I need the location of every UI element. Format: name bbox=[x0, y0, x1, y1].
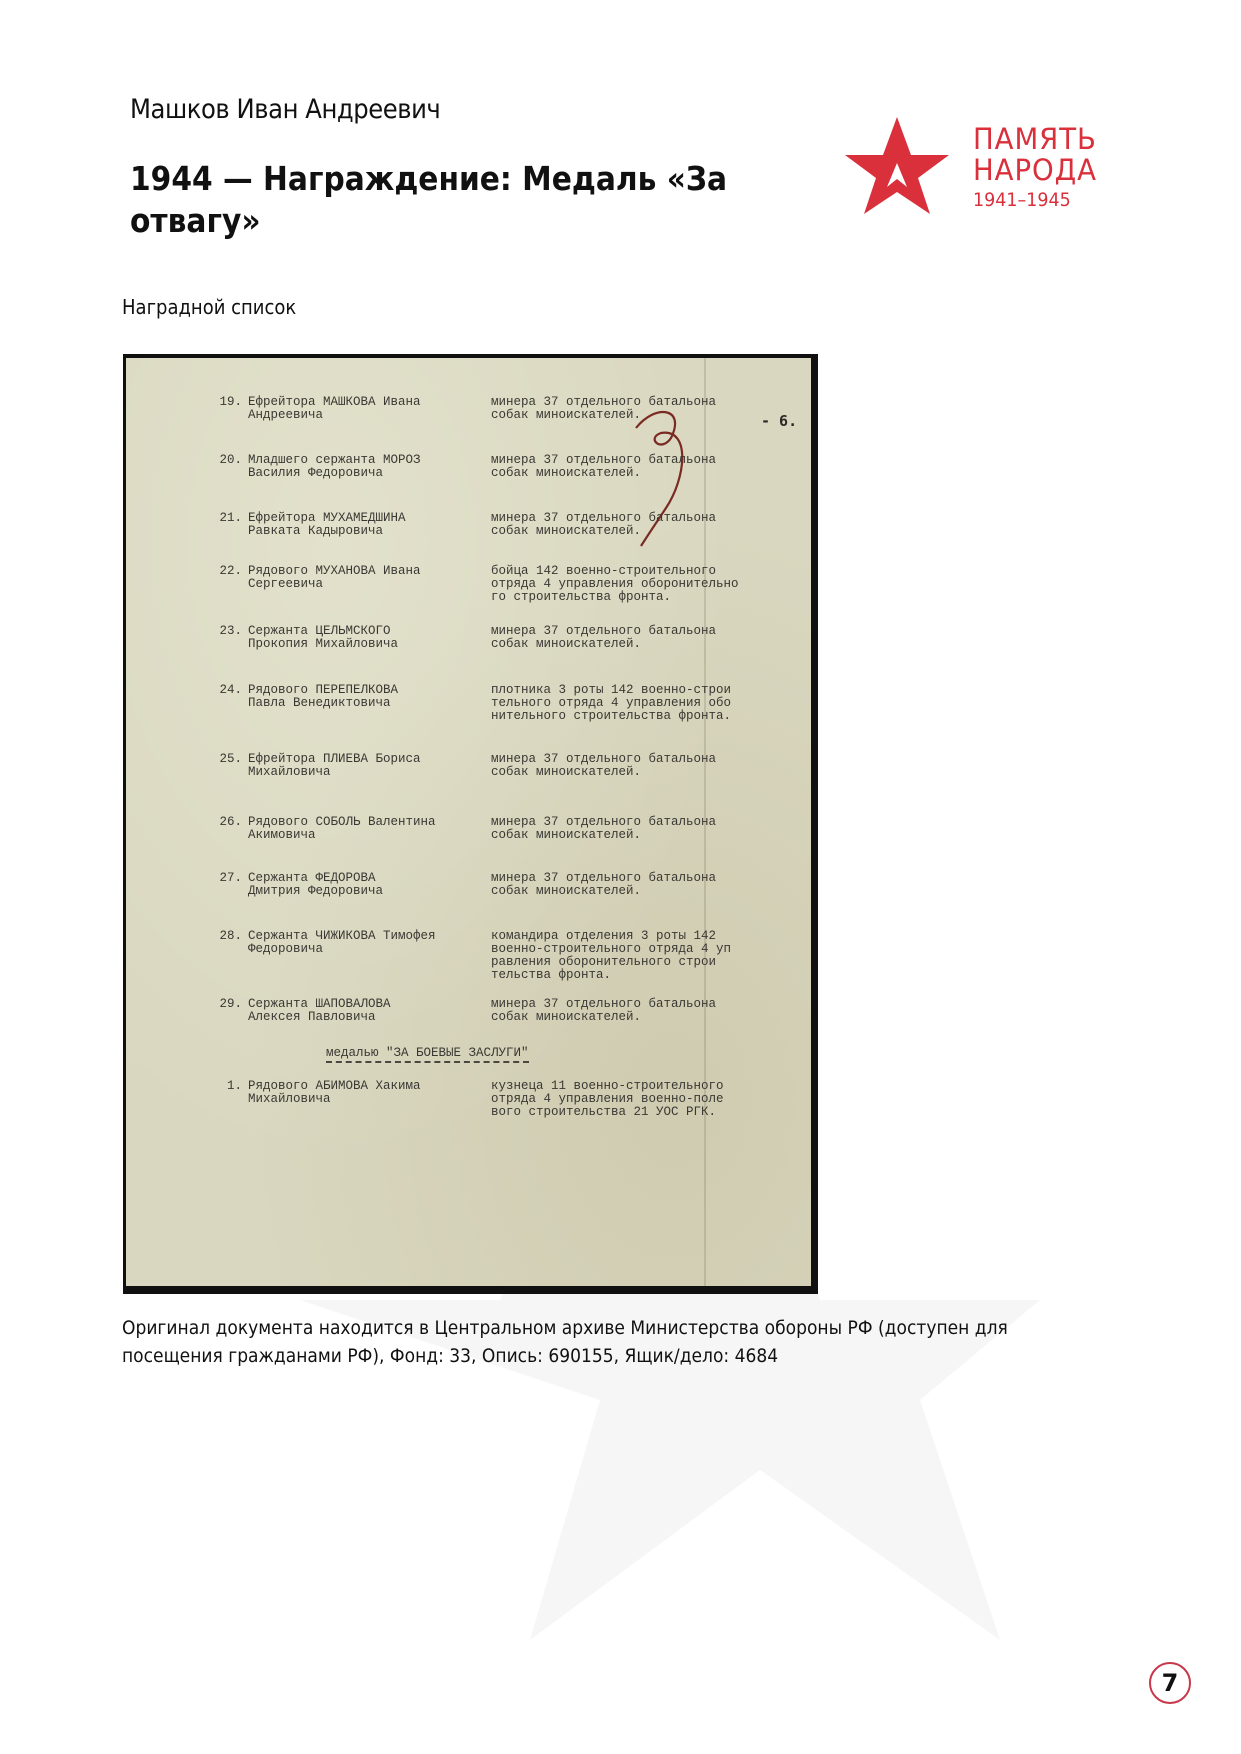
entry-person: Младшего сержанта МОРОЗ Василия Федорови… bbox=[248, 454, 488, 480]
entry-number: 29. bbox=[218, 998, 242, 1011]
entry-role: минера 37 отдельного батальона собак мин… bbox=[491, 816, 761, 842]
entry-number: 20. bbox=[218, 454, 242, 467]
entry-person: Рядового ПЕРЕПЕЛКОВА Павла Венедиктовича bbox=[248, 684, 488, 710]
entry-role: минера 37 отдельного батальона собак мин… bbox=[491, 625, 761, 651]
section-label: Наградной список bbox=[122, 295, 296, 319]
scan-paper: - 6. медалью "ЗА БОЕВЫЕ ЗАСЛУГИ" 19.Ефре… bbox=[126, 358, 811, 1286]
pamyat-naroda-logo[interactable]: ПАМЯТЬ НАРОДА 1941–1945 bbox=[845, 112, 1175, 222]
entry-person: Рядового АБИМОВА Хакима Михайловича bbox=[248, 1080, 488, 1106]
entry-role: командира отделения 3 роты 142 военно-ст… bbox=[491, 930, 761, 982]
sheet-number: - 6. bbox=[761, 412, 797, 430]
entry-person: Ефрейтора ПЛИЕВА Бориса Михайловича bbox=[248, 753, 488, 779]
award-list-scan[interactable]: - 6. медалью "ЗА БОЕВЫЕ ЗАСЛУГИ" 19.Ефре… bbox=[123, 354, 818, 1294]
entry-number: 25. bbox=[218, 753, 242, 766]
entry-person: Сержанта ФЕДОРОВА Дмитрия Федоровича bbox=[248, 872, 488, 898]
entry-role: минера 37 отдельного батальона собак мин… bbox=[491, 998, 761, 1024]
person-name: Машков Иван Андреевич bbox=[130, 94, 440, 125]
entry-number: 21. bbox=[218, 512, 242, 525]
entry-role: минера 37 отдельного батальона собак мин… bbox=[491, 872, 761, 898]
entry-role: минера 37 отдельного батальона собак мин… bbox=[491, 512, 761, 538]
entry-role: плотника 3 роты 142 военно-строи тельног… bbox=[491, 684, 761, 723]
entry-number: 22. bbox=[218, 565, 242, 578]
archive-caption: Оригинал документа находится в Центральн… bbox=[122, 1314, 1022, 1370]
entry-role: бойца 142 военно-строительного отряда 4 … bbox=[491, 565, 761, 604]
logo-years: 1941–1945 bbox=[973, 187, 1093, 213]
medal-heading: медалью "ЗА БОЕВЫЕ ЗАСЛУГИ" bbox=[326, 1046, 529, 1063]
entry-number: 23. bbox=[218, 625, 242, 638]
entry-number: 27. bbox=[218, 872, 242, 885]
entry-number: 24. bbox=[218, 684, 242, 697]
entry-person: Рядового МУХАНОВА Ивана Сергеевича bbox=[248, 565, 488, 591]
entry-role: минера 37 отдельного батальона собак мин… bbox=[491, 753, 761, 779]
entry-person: Ефрейтора МАШКОВА Ивана Андреевича bbox=[248, 396, 488, 422]
entry-role: кузнеца 11 военно-строительного отряда 4… bbox=[491, 1080, 761, 1119]
page-title: 1944 — Награждение: Медаль «За отвагу» bbox=[130, 158, 760, 242]
entry-number: 28. bbox=[218, 930, 242, 943]
logo-line2: НАРОДА bbox=[973, 155, 1097, 186]
entry-person: Сержанта ШАПОВАЛОВА Алексея Павловича bbox=[248, 998, 488, 1024]
entry-person: Сержанта ЧИЖИКОВА Тимофея Федоровича bbox=[248, 930, 488, 956]
entry-number: 1. bbox=[218, 1080, 242, 1093]
entry-number: 19. bbox=[218, 396, 242, 409]
red-star-icon bbox=[845, 115, 950, 215]
entry-role: минера 37 отдельного батальона собак мин… bbox=[491, 454, 761, 480]
entry-person: Ефрейтора МУХАМЕДШИНА Равката Кадыровича bbox=[248, 512, 488, 538]
page-number-badge: 7 bbox=[1149, 1662, 1191, 1704]
logo-line1: ПАМЯТЬ bbox=[973, 124, 1097, 155]
entry-person: Рядового СОБОЛЬ Валентина Акимовича bbox=[248, 816, 488, 842]
entry-role: минера 37 отдельного батальона собак мин… bbox=[491, 396, 761, 422]
entry-number: 26. bbox=[218, 816, 242, 829]
entry-person: Сержанта ЦЕЛЬМСКОГО Прокопия Михайловича bbox=[248, 625, 488, 651]
